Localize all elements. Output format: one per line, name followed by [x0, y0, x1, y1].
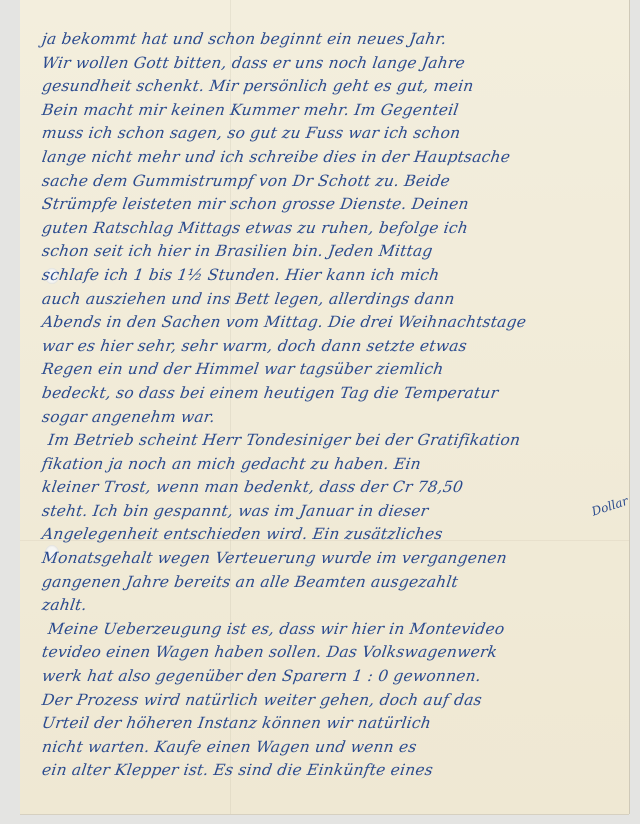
text-line: Bein macht mir keinen Kummer mehr. Im Ge…	[40, 99, 621, 123]
text-line: Der Prozess wird natürlich weiter gehen,…	[40, 689, 621, 713]
text-line: kleiner Trost, wenn man bedenkt, dass de…	[40, 476, 621, 500]
text-line: nicht warten. Kaufe einen Wagen und wenn…	[40, 736, 621, 760]
text-line: steht. Ich bin gespannt, was im Januar i…	[40, 500, 621, 524]
text-line: war es hier sehr, sehr warm, doch dann s…	[40, 335, 621, 359]
text-line: sogar angenehm war.	[40, 406, 621, 430]
text-line: schlafe ich 1 bis 1½ Stunden. Hier kann …	[40, 264, 621, 288]
text-line: ein alter Klepper ist. Es sind die Einkü…	[40, 759, 621, 783]
text-line: Im Betrieb scheint Herr Tondesiniger bei…	[40, 429, 621, 453]
text-line: guten Ratschlag Mittags etwas zu ruhen, …	[40, 217, 621, 241]
text-line: Meine Ueberzeugung ist es, dass wir hier…	[40, 618, 621, 642]
text-line: werk hat also gegenüber den Sparern 1 : …	[40, 665, 621, 689]
text-line: gesundheit schenkt. Mir persönlich geht …	[40, 75, 621, 99]
text-line: sache dem Gummistrumpf von Dr Schott zu.…	[40, 170, 621, 194]
text-line: zahlt.	[40, 594, 621, 618]
text-line: bedeckt, so dass bei einem heutigen Tag …	[40, 382, 621, 406]
text-line: muss ich schon sagen, so gut zu Fuss war…	[40, 122, 621, 146]
text-line: auch ausziehen und ins Bett legen, aller…	[40, 288, 621, 312]
text-line: Monatsgehalt wegen Verteuerung wurde im …	[40, 547, 621, 571]
letter-page: ja bekommt hat und schon beginnt ein neu…	[20, 0, 629, 814]
text-line: fikation ja noch an mich gedacht zu habe…	[40, 453, 621, 477]
text-line: Angelegenheit entschieden wird. Ein zusä…	[40, 523, 621, 547]
text-line: tevideo einen Wagen haben sollen. Das Vo…	[40, 641, 621, 665]
text-line: schon seit ich hier in Brasilien bin. Je…	[40, 240, 621, 264]
text-line: Urteil der höheren Instanz können wir na…	[40, 712, 621, 736]
text-line: lange nicht mehr und ich schreibe dies i…	[40, 146, 621, 170]
handwritten-text: ja bekommt hat und schon beginnt ein neu…	[42, 28, 620, 783]
text-line: Abends in den Sachen vom Mittag. Die dre…	[40, 311, 621, 335]
text-line: ja bekommt hat und schon beginnt ein neu…	[40, 28, 621, 52]
text-line: Wir wollen Gott bitten, dass er uns noch…	[40, 52, 621, 76]
text-line: gangenen Jahre bereits an alle Beamten a…	[40, 571, 621, 595]
text-line: Regen ein und der Himmel war tagsüber zi…	[40, 358, 621, 382]
text-line: Strümpfe leisteten mir schon grosse Dien…	[40, 193, 621, 217]
